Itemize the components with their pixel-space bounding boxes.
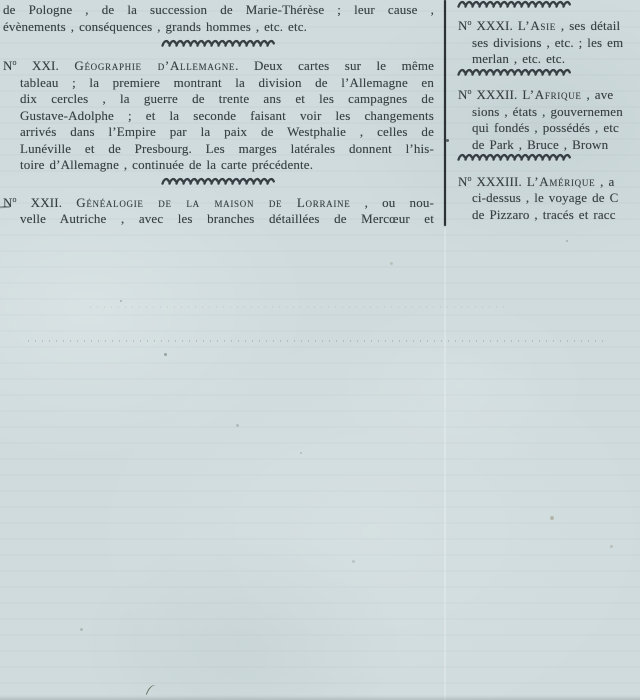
text-segment: , ses détail xyxy=(556,18,620,33)
show-through-dotted-line xyxy=(90,306,510,308)
text-segment: qui fondés , possédés , etc xyxy=(472,120,619,135)
stray-ink-dot xyxy=(446,139,449,142)
text-segment: , ave xyxy=(582,87,614,102)
divider-ornament xyxy=(458,0,571,8)
paper-speck xyxy=(566,240,568,242)
text-line: No XXXIII. L’Amérique , a xyxy=(458,171,640,191)
text-segment: de Park , Bruce , Brown xyxy=(472,137,608,152)
text-segment: de Pologne , de la succession de Marie-T… xyxy=(3,2,434,17)
column-divider-rule xyxy=(444,0,446,226)
text-segment: , a xyxy=(595,174,614,189)
text-line: No XXXII. L’Afrique , ave xyxy=(458,84,640,104)
text-line: velle Autriche , avec les branches détai… xyxy=(3,211,434,228)
text-segment: N xyxy=(458,18,468,33)
text-line: No XXI. Géographie d’Allemagne. Deux car… xyxy=(3,55,434,75)
text-segment: ses divisions , etc. ; les em xyxy=(472,35,623,50)
text-segment: toire d’Allemagne , continuée de la cart… xyxy=(20,157,313,172)
right-column: No XXXI. L’Asie , ses détailses division… xyxy=(458,0,640,223)
text-segment: évènements , conséquences , grands homme… xyxy=(3,19,307,34)
text-segment: N xyxy=(3,58,13,73)
text-segment: XXXIII. xyxy=(472,174,527,189)
paper-speck xyxy=(120,300,122,302)
entry-xxi: No XXI. Géographie d’Allemagne. Deux car… xyxy=(3,55,434,174)
paper-speck xyxy=(550,516,554,520)
text-segment: XXII. xyxy=(17,195,77,210)
divider-ornament xyxy=(162,39,275,47)
text-line: qui fondés , possédés , etc xyxy=(458,120,640,137)
entry-title-smallcaps: L’Afrique xyxy=(522,87,581,102)
show-through-dotted-line xyxy=(28,340,606,342)
text-line: toire d’Allemagne , continuée de la cart… xyxy=(3,157,434,174)
text-line: dix cercles , la guerre de trente ans et… xyxy=(3,91,434,108)
text-line: de Park , Bruce , Brown xyxy=(458,137,640,154)
entry-xxxii: No XXXII. L’Afrique , avesions , états ,… xyxy=(458,84,640,153)
entry-title-smallcaps: Géographie d’Allemagne xyxy=(74,58,235,73)
entry-title-smallcaps: L’Asie xyxy=(518,18,556,33)
divider-ornament xyxy=(162,177,275,185)
entry-xxii: No XXII. Généalogie de la maison de Lorr… xyxy=(3,192,434,228)
text-line: ses divisions , etc. ; les em xyxy=(458,35,640,52)
text-segment: , ou nou- xyxy=(350,195,434,210)
text-segment: tableau ; la premiere montrant la divisi… xyxy=(20,75,434,90)
text-segment: N xyxy=(458,174,468,189)
text-segment: XXXII. xyxy=(472,87,523,102)
entry-title-smallcaps: L’Amérique xyxy=(527,174,595,189)
scan-bottom-edge xyxy=(0,695,640,700)
paper-crease xyxy=(444,228,446,700)
paper-speck xyxy=(300,452,302,454)
text-line: arrivés dans l’Empire par la paix de Wes… xyxy=(3,124,434,141)
entry-xxxiii: No XXXIII. L’Amérique , aci-dessus , le … xyxy=(458,171,640,224)
text-line: merlan , etc. etc. xyxy=(458,51,640,68)
text-line: de Pizzaro , tracés et racc xyxy=(458,207,640,224)
left-column: de Pologne , de la succession de Marie-T… xyxy=(3,2,434,228)
paper-speck xyxy=(80,628,83,631)
text-segment: Gustave-Adolphe ; et la seconde faisant … xyxy=(20,108,434,123)
text-segment: dix cercles , la guerre de trente ans et… xyxy=(20,91,434,106)
text-segment: Lunéville et de Presbourg. Les marges la… xyxy=(20,141,434,156)
text-segment: . Deux cartes sur le même xyxy=(235,58,434,73)
paper-speck xyxy=(236,424,239,427)
text-line: tableau ; la premiere montrant la divisi… xyxy=(3,75,434,92)
text-segment: XXXI. xyxy=(472,18,518,33)
text-line: No XXII. Généalogie de la maison de Lorr… xyxy=(3,192,434,212)
text-segment: XXI. xyxy=(17,58,75,73)
text-segment: merlan , etc. etc. xyxy=(472,51,565,66)
text-line: sions , états , gouvernemen xyxy=(458,104,640,121)
paragraph-continuation-pologne: de Pologne , de la succession de Marie-T… xyxy=(3,2,434,35)
text-segment: N xyxy=(458,87,468,102)
divider-ornament xyxy=(458,68,571,76)
paper-speck xyxy=(352,560,355,563)
text-line: Lunéville et de Presbourg. Les marges la… xyxy=(3,141,434,158)
paper-speck xyxy=(610,545,613,548)
text-segment: arrivés dans l’Empire par la paix de Wes… xyxy=(20,124,434,139)
text-line: ci-dessus , le voyage de C xyxy=(458,190,640,207)
text-line: Gustave-Adolphe ; et la seconde faisant … xyxy=(3,108,434,125)
text-segment: de Pizzaro , tracés et racc xyxy=(472,207,616,222)
text-segment: sions , états , gouvernemen xyxy=(472,104,623,119)
scanned-page: de Pologne , de la succession de Marie-T… xyxy=(0,0,640,700)
text-line: No XXXI. L’Asie , ses détail xyxy=(458,15,640,35)
text-line: évènements , conséquences , grands homme… xyxy=(3,19,434,36)
entry-xxxi: No XXXI. L’Asie , ses détailses division… xyxy=(458,15,640,68)
paper-speck xyxy=(164,353,167,356)
entry-title-smallcaps: Généalogie de la maison de Lorraine xyxy=(76,195,350,210)
paper-speck xyxy=(390,262,393,265)
text-segment: velle Autriche , avec les branches détai… xyxy=(20,211,434,226)
text-segment: ci-dessus , le voyage de C xyxy=(472,190,618,205)
text-line: de Pologne , de la succession de Marie-T… xyxy=(3,2,434,19)
divider-ornament xyxy=(458,153,571,161)
